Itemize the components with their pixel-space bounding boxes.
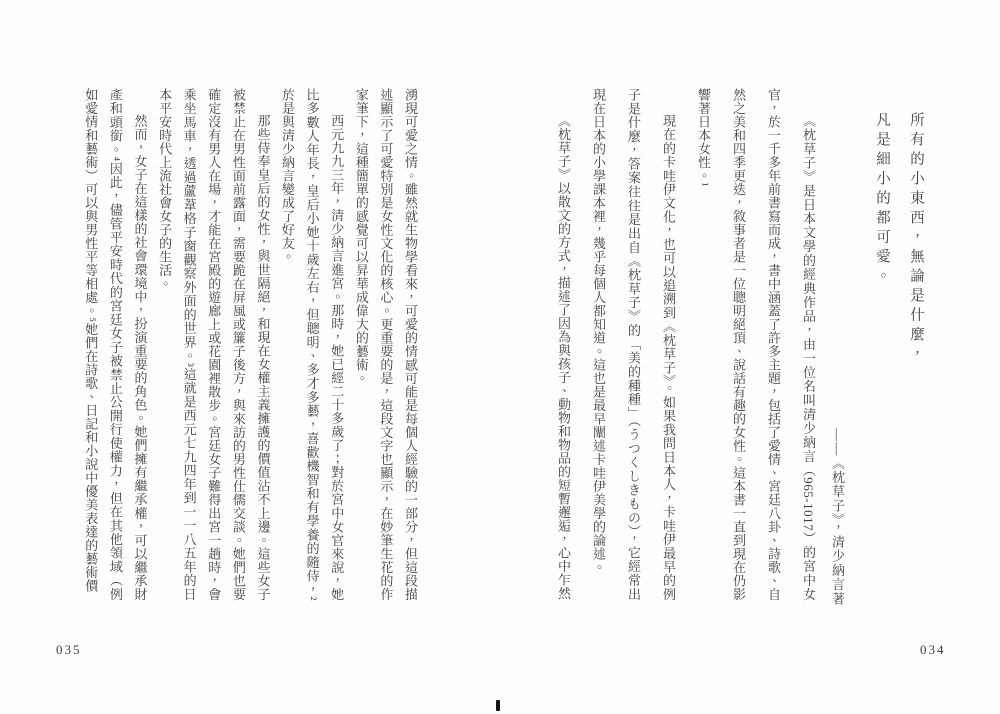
epigraph-line: 凡是細小的都可愛。 [865, 112, 899, 412]
book-spread: 湧現可愛之情。雖然就生物學看來，可愛的情感可能是每個人經驗的一部分，但這段描述顯… [0, 0, 1000, 714]
right-page-body: 《枕草子》是日本文學的經典作品，由一位名叫清少納言（965-1017）的宮中女官… [546, 88, 826, 601]
page-number-right: 034 [920, 642, 946, 658]
paragraph: 然而，女子在這樣的社會環境中，扮演重要的角色。她們擁有繼承權，可以繼承財產和頭銜… [78, 88, 152, 601]
gutter-mark [496, 700, 500, 711]
paragraph: 湧現可愛之情。雖然就生物學看來，可愛的情感可能是每個人經驗的一部分，但這段描述顯… [348, 88, 422, 601]
paragraph: 西元九九三年，清少納言進宮。那時，她已經二十多歲了；對於宮中女官來說，她比多數人… [274, 88, 348, 601]
epigraph-line: 所有的小東西，無論是什麼， [899, 112, 933, 412]
epigraph: 所有的小東西，無論是什麼， 凡是細小的都可愛。 [865, 112, 933, 412]
paragraph: 現在的卡哇伊文化，也可以追溯到《枕草子》。如果我問日本人，卡哇伊最早的例子是什麼… [581, 88, 686, 601]
left-page-body: 湧現可愛之情。雖然就生物學看來，可愛的情感可能是每個人經驗的一部分，但這段描述顯… [77, 88, 422, 601]
epigraph-attribution: ——《枕草子》，清少納言著 [822, 428, 852, 663]
paragraph: 《枕草子》以散文的方式，描述了因為與孩子、動物和物品的短暫邂逅，心中乍然 [546, 88, 581, 601]
page-number-left: 035 [56, 642, 82, 658]
paragraph: 那些侍奉皇后的女性，與世隔絕，和現在女權主義擁護的價值沾不上邊。這些女子被禁止在… [151, 88, 274, 601]
paragraph: 《枕草子》是日本文學的經典作品，由一位名叫清少納言（965-1017）的宮中女官… [686, 88, 826, 601]
